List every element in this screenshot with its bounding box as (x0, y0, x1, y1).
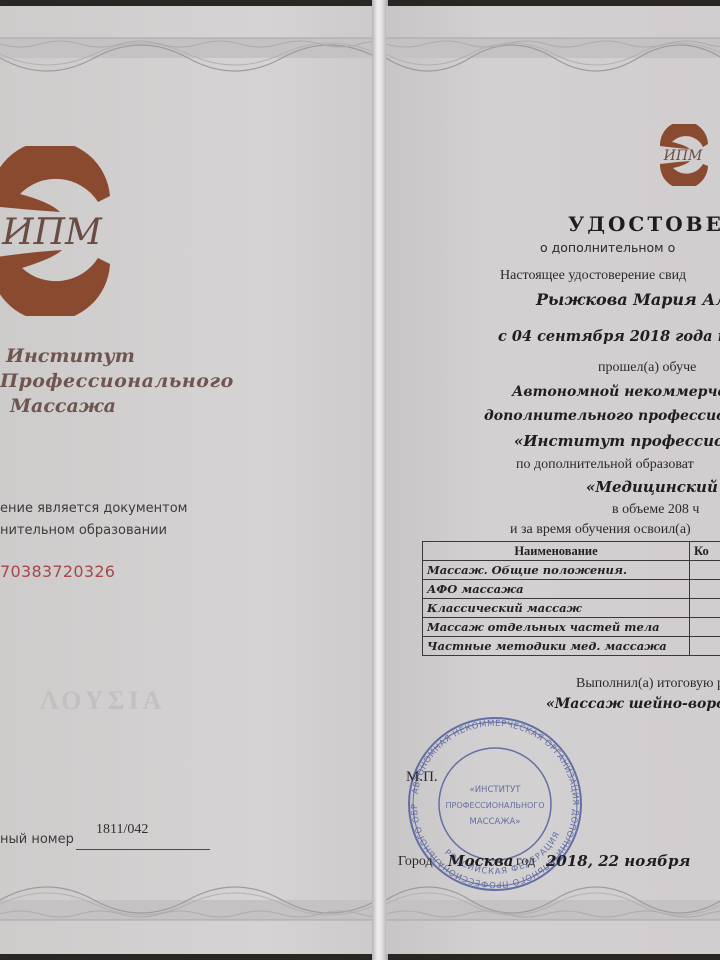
certificate-subtitle: о дополнительном о (540, 240, 675, 255)
subjects-table: Наименование Ко Массаж. Общие положения.… (422, 541, 720, 656)
svg-text:ПРОФЕССИОНАЛЬНОГО: ПРОФЕССИОНАЛЬНОГО (445, 801, 544, 810)
table-row: Массаж отдельных частей тела (423, 618, 720, 637)
left-page: ИПМ Институт Профессионального Массажа е… (0, 6, 378, 954)
guilloche-border-top (386, 24, 720, 88)
program-volume: в объеме 208 ч (612, 502, 699, 518)
final-work-label: Выполнил(а) итоговую ра (576, 676, 720, 692)
column-header-hours: Ко (690, 542, 720, 561)
organization-line-2: дополнительного профессион (484, 408, 720, 424)
certifies-text: Настоящее удостоверение свид (500, 268, 686, 284)
mastered-text: и за время обучения освоил(а) (510, 522, 691, 538)
final-work-title: «Массаж шейно-вороти (546, 696, 720, 712)
issue-date: 2018, 22 ноября (546, 852, 690, 870)
program-name: «Медицинский м (586, 478, 720, 496)
study-period: с 04 сентября 2018 года по 2 (498, 328, 720, 345)
registration-number: 1811/042 (96, 822, 148, 838)
svg-text:«ИНСТИТУТ: «ИНСТИТУТ (470, 785, 522, 795)
year-label: год (516, 854, 535, 870)
svg-text:МАССАЖА»: МАССАЖА» (469, 817, 520, 827)
institute-name: Институт Профессионального Массажа (0, 344, 200, 419)
svg-text:ИПМ: ИПМ (1, 212, 103, 253)
guilloche-border-bottom (0, 870, 378, 934)
table-row: Массаж. Общие положения. (423, 561, 720, 580)
program-intro: по дополнительной образоват (516, 457, 694, 473)
table-row: АФО массажа (423, 580, 720, 599)
column-header-name: Наименование (423, 542, 690, 561)
organization-line-1: Автономной некоммерче (512, 384, 720, 400)
table-row: Частные методики мед. массажа (423, 637, 720, 656)
city-label: Город (398, 854, 433, 870)
guilloche-border-top (0, 24, 378, 88)
trained-text: прошел(а) обуче (598, 360, 696, 376)
organization-line-3: «Институт профессиона (514, 432, 720, 450)
svg-text:ИПМ: ИПМ (663, 148, 703, 164)
institute-logo: ИПМ (0, 146, 130, 316)
seal-placeholder-label: М.П. (406, 769, 438, 786)
certificate-description: ение является документом нительном образ… (0, 498, 220, 542)
registration-number-label: ный номер (0, 832, 74, 847)
table-header-row: Наименование Ко (423, 542, 720, 561)
city-value: Москва (448, 852, 513, 870)
registration-underline (76, 849, 210, 850)
table-row: Классический массаж (423, 599, 720, 618)
person-name: Рыжкова Мария Ал (536, 290, 720, 309)
institute-logo-small: ИПМ (652, 124, 714, 186)
right-page: ИПМ УДОСТОВЕР о дополнительном о Настоящ… (386, 6, 720, 954)
certificate-title: УДОСТОВЕР (568, 212, 720, 236)
watermark: ΛΟΥΣΙΑ (40, 686, 165, 716)
serial-number: 70383720326 (0, 562, 115, 581)
